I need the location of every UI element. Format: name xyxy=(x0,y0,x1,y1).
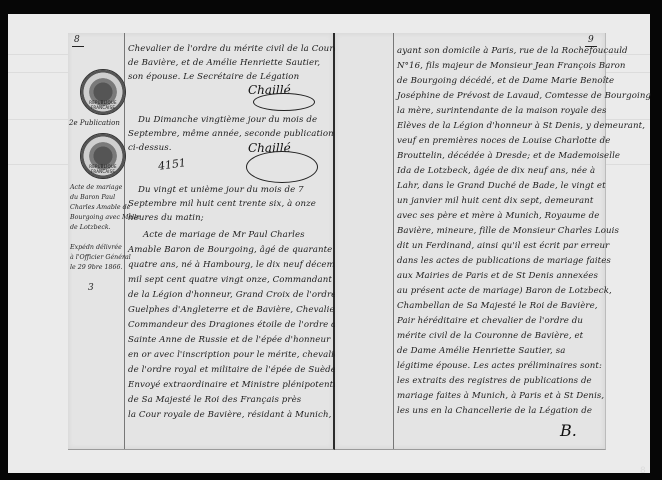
text-line: de Bavière, et de Amélie Henriette Sauti… xyxy=(128,58,320,68)
text-line: Acte de mariage de Mr Paul Charles xyxy=(143,230,305,240)
text-line: mariage faites à Munich, à Paris et à St… xyxy=(397,391,604,401)
text-line: Commandeur des Dragiones étoile de l'ord… xyxy=(128,320,342,330)
seal-stamp-icon: REPUBLIQUE FRANCAISE xyxy=(80,133,126,179)
text-line: un janvier mil huit cent dix sept, demeu… xyxy=(397,196,593,206)
frame-corner-mark: 8 xyxy=(640,466,646,476)
text-line: la Cour royale de Bavière, résidant à Mu… xyxy=(128,410,331,420)
paraph-mark: B. xyxy=(560,421,577,440)
text-line: la mère, surintendante de la maison roya… xyxy=(397,106,607,116)
text-line: ayant son domicile à Paris, rue de la Ro… xyxy=(397,46,628,56)
text-line: mil sept cent quatre vingt onze, Command… xyxy=(128,275,332,285)
right-page: 9 ayant son domicile à Paris, rue de la … xyxy=(335,33,606,450)
text-line: en or avec l'inscription pour le mérite,… xyxy=(128,350,343,360)
text-line: Guelphes d'Angleterre et de Bavière, Che… xyxy=(128,305,339,315)
text-line: Ida de Lotzbeck, âgée de dix neuf ans, n… xyxy=(397,166,595,176)
text-line: N°16, fils majeur de Monsieur Jean Franç… xyxy=(397,61,626,71)
seal-stamp-icon: REPUBLIQUE FRANCAISE xyxy=(80,69,126,115)
text-line: Bavière, mineure, fille de Monsieur Char… xyxy=(397,226,619,236)
text-line: Chambellan de Sa Majesté le Roi de Baviè… xyxy=(397,301,598,311)
text-line: quatre ans, né à Hambourg, le dix neuf d… xyxy=(128,260,350,270)
text-line: légitime épouse. Les actes préliminaires… xyxy=(397,361,602,371)
margin-note-mark: 3 xyxy=(88,283,94,293)
text-line: de la Légion d'honneur, Grand Croix de l… xyxy=(128,290,354,300)
text-line: mérite civil de la Couronne de Bavière, … xyxy=(397,331,583,341)
text-line: ci-dessus. xyxy=(128,143,172,153)
text-line: les extraits des registres de publicatio… xyxy=(397,376,592,386)
text-line: dit un Ferdinand, ainsi qu'il est écrit … xyxy=(397,241,609,251)
text-line: Pair héréditaire et chevalier de l'ordre… xyxy=(397,316,583,326)
text-line: Amable Baron de Bourgoing, âgé de quaran… xyxy=(128,245,332,255)
text-line: Brouttelin, décédée à Dresde; et de Made… xyxy=(397,151,620,161)
register-number: 4151 xyxy=(157,156,187,173)
margin-rule xyxy=(393,33,394,449)
page-number: 8 xyxy=(74,35,80,45)
text-line: Du vingt et unième jour du mois de 7 xyxy=(138,185,304,195)
text-line: avec ses père et mère à Munich, Royaume … xyxy=(397,211,599,221)
text-line: Septembre, même année, seconde publicati… xyxy=(128,129,368,139)
text-line: Joséphine de Prévost de Lavaud, Comtesse… xyxy=(397,91,651,101)
text-line: heures du matin; xyxy=(128,213,204,223)
text-line: de l'ordre royal et militaire de l'épée … xyxy=(128,365,339,375)
page-number: 9 xyxy=(588,35,594,45)
text-line: Septembre mil huit cent trente six, à on… xyxy=(128,199,316,209)
text-line: de Sa Majesté le Roi des Français près xyxy=(128,395,301,405)
text-line: dans les actes de publications de mariag… xyxy=(397,256,611,266)
margin-note-expedition: Expédn délivrée à l'Officier Général le … xyxy=(70,243,131,273)
signature-flourish xyxy=(253,93,315,111)
text-line: Elèves de la Légion d'honneur à St Denis… xyxy=(397,121,645,131)
text-line: Envoyé extraordinaire et Ministre plénip… xyxy=(128,380,354,390)
text-line: son épouse. Le Secrétaire de Légation xyxy=(128,72,299,82)
page-number-underline xyxy=(72,46,84,47)
text-line: Sainte Anne de Russie et de l'épée d'hon… xyxy=(128,335,330,345)
text-line: de Bourgoing décédé, et de Dame Marie Be… xyxy=(397,76,614,86)
text-line: les uns en la Chancellerie de la Légatio… xyxy=(397,406,592,416)
signature-flourish xyxy=(246,151,318,183)
text-line: veuf en premières noces de Louise Charlo… xyxy=(397,136,610,146)
text-line: au présent acte de mariage) Baron de Lot… xyxy=(397,286,612,296)
text-line: Lahr, dans le Grand Duché de Bade, le vi… xyxy=(397,181,606,191)
text-line: Du Dimanche vingtième jour du mois de xyxy=(138,115,317,125)
text-line: Chevalier de l'ordre du mérite civil de … xyxy=(128,44,355,54)
margin-note-publication: 2e Publication xyxy=(69,118,120,128)
text-line: aux Mairies de Paris et de St Denis anne… xyxy=(397,271,598,281)
text-line: de Dame Amélie Henriette Sautier, sa xyxy=(397,346,565,356)
left-page: 8 REPUBLIQUE FRANCAISE 2e Publication RE… xyxy=(68,33,335,450)
